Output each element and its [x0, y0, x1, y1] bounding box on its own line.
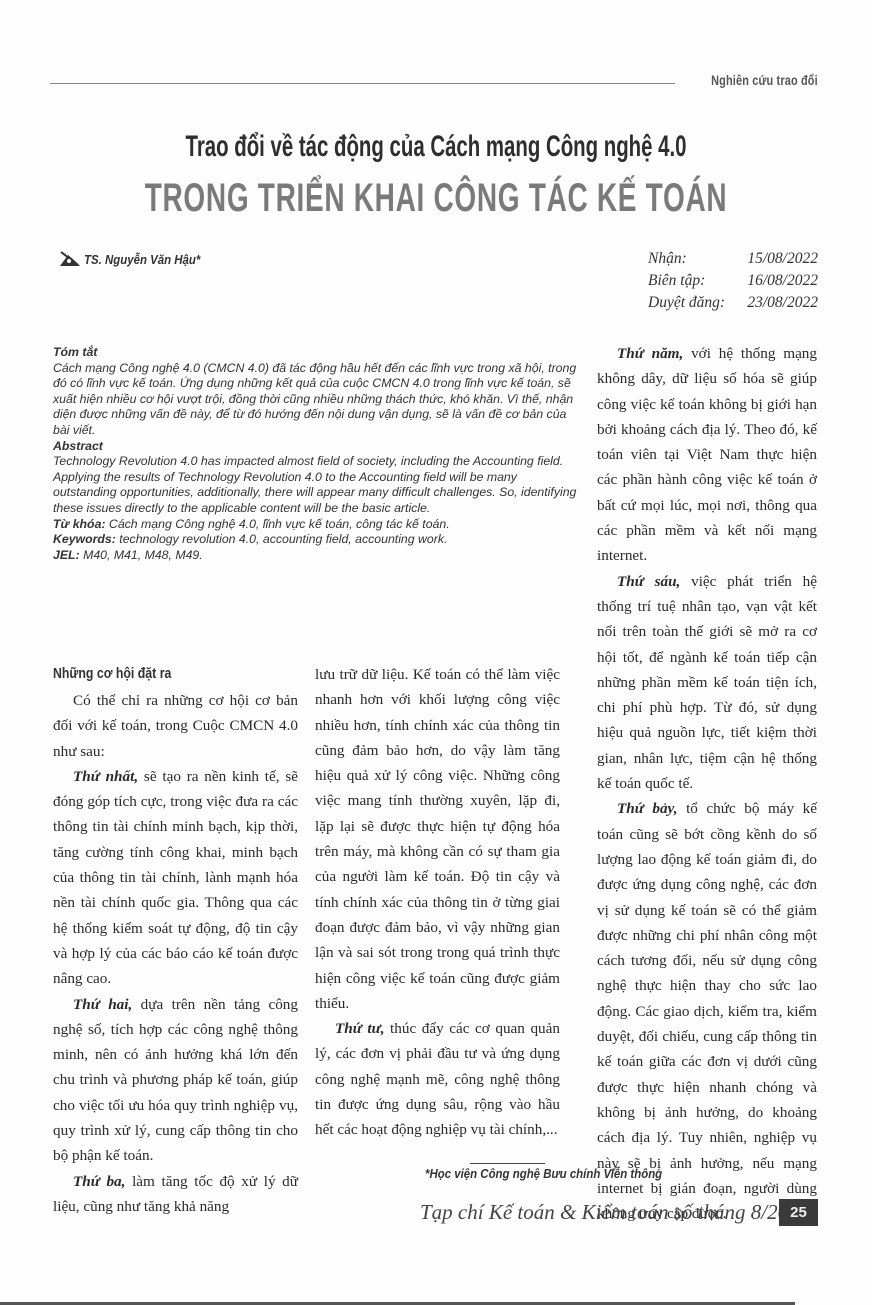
date-approved: Duyệt đăng: 23/08/2022	[648, 292, 818, 314]
paragraph-sixth: Thứ sáu, việc phát triển hệ thống trí tu…	[597, 569, 817, 797]
journal-name: Tạp chí Kế toán & Kiểm toán số tháng 8/2…	[420, 1200, 770, 1225]
keywords-vi: Từ khóa: Cách mạng Công nghệ 4.0, lĩnh v…	[53, 517, 583, 533]
document-page: Nghiên cứu trao đổi Trao đổi về tác động…	[0, 0, 872, 1305]
paragraph-third-cont: lưu trữ dữ liệu. Kế toán có thể làm việc…	[315, 662, 560, 1016]
paragraph-first: Thứ nhất, sẽ tạo ra nền kinh tế, sẽ đóng…	[53, 764, 298, 992]
abstract-en-text: Technology Revolution 4.0 has impacted a…	[53, 454, 583, 516]
pen-signature-icon	[58, 250, 82, 268]
article-title-line1: Trao đổi về tác động của Cách mạng Công …	[140, 130, 733, 164]
running-header: Nghiên cứu trao đổi	[50, 68, 818, 88]
article-title-line2: TRONG TRIỂN KHAI CÔNG TÁC KẾ TOÁN	[131, 176, 741, 221]
date-edited: Biên tập: 16/08/2022	[648, 270, 818, 292]
paragraph-third: Thứ ba, làm tăng tốc độ xử lý dữ liệu, c…	[53, 1169, 298, 1220]
date-received: Nhận: 15/08/2022	[648, 248, 818, 270]
paragraph-fourth: Thứ tư, thúc đẩy các cơ quan quản lý, cá…	[315, 1016, 560, 1142]
abstract-en-heading: Abstract	[53, 439, 583, 455]
intro-paragraph: Có thể chỉ ra những cơ hội cơ bản đối vớ…	[53, 688, 298, 764]
footnote-rule	[470, 1163, 545, 1164]
page-number-badge: 25	[779, 1199, 818, 1226]
header-rule	[50, 83, 675, 84]
abstract-vi-text: Cách mạng Công nghệ 4.0 (CMCN 4.0) đã tá…	[53, 361, 583, 439]
section-heading: Những cơ hội đặt ra	[53, 662, 261, 686]
paragraph-seventh: Thứ bảy, tổ chức bộ máy kế toán cũng sẽ …	[597, 796, 817, 1226]
author-affiliation-footnote: *Học viện Công nghệ Bưu chính Viễn thông	[425, 1166, 724, 1181]
author-byline: TS. Nguyễn Văn Hậu*	[58, 250, 216, 268]
abstract-block: Tóm tắt Cách mạng Công nghệ 4.0 (CMCN 4.…	[53, 345, 583, 563]
paragraph-fifth: Thứ năm, với hệ thống mạng không dây, dữ…	[597, 341, 817, 569]
body-column-middle: lưu trữ dữ liệu. Kế toán có thể làm việc…	[315, 662, 560, 1143]
review-dates: Nhận: 15/08/2022 Biên tập: 16/08/2022 Du…	[648, 248, 818, 314]
body-column-right: Thứ năm, với hệ thống mạng không dây, dữ…	[597, 341, 817, 1226]
jel-codes: JEL: M40, M41, M48, M49.	[53, 548, 583, 564]
author-name: TS. Nguyễn Văn Hậu*	[84, 252, 200, 267]
abstract-vi-heading: Tóm tắt	[53, 345, 583, 361]
paragraph-second: Thứ hai, dựa trên nền tảng công nghệ số,…	[53, 992, 298, 1169]
keywords-en: Keywords: technology revolution 4.0, acc…	[53, 532, 583, 548]
section-label: Nghiên cứu trao đổi	[711, 72, 818, 88]
body-column-left: Những cơ hội đặt ra Có thể chỉ ra những …	[53, 662, 298, 1219]
